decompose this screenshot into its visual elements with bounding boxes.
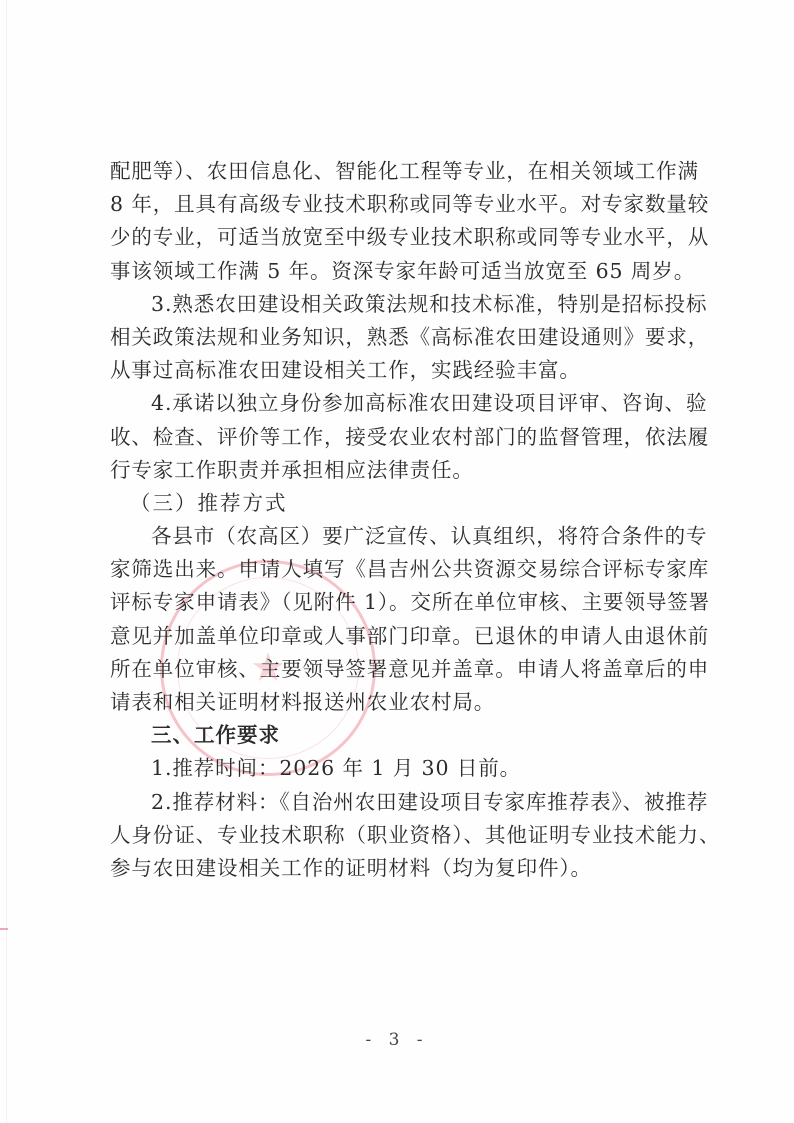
text-line: 2.推荐材料：《自治州农田建设项目专家库推荐表》、被推荐: [110, 786, 692, 819]
document-body: 配肥等）、农田信息化、智能化工程等专业，在相关领域工作满 8 年，且具有高级专业…: [110, 155, 692, 885]
text-line: 从事过高标准农田建设相关工作，实践经验丰富。: [110, 354, 692, 387]
text-line: 收、检查、评价等工作，接受农业农村部门的监督管理，依法履: [110, 421, 692, 454]
text-line: 各县市（农高区）要广泛宣传、认真组织，将符合条件的专: [110, 520, 692, 553]
text-line: 人身份证、专业技术职称（职业资格）、其他证明专业技术能力、: [110, 819, 692, 852]
text-line: 1.推荐时间：2026 年 1 月 30 日前。: [110, 752, 692, 785]
text-line: 请表和相关证明材料报送州农业农村局。: [110, 686, 692, 719]
text-line: 4.承诺以独立身份参加高标准农田建设项目评审、咨询、验: [110, 387, 692, 420]
subheading-text: （三）推荐方式: [110, 487, 692, 520]
binding-mark: [0, 928, 8, 930]
text-line: 意见并加盖单位印章或人事部门印章。已退休的申请人由退休前: [110, 620, 692, 653]
section-heading-work-requirements: 三、工作要求: [110, 719, 692, 752]
scan-edge-line: [6, 0, 7, 1123]
text-line: 少的专业，可适当放宽至中级专业技术职称或同等专业水平，从: [110, 221, 692, 254]
text-line: 参与农田建设相关工作的证明材料（均为复印件）。: [110, 852, 692, 885]
text-line: 所在单位审核、主要领导签署意见并盖章。申请人将盖章后的申: [110, 653, 692, 686]
paragraph-continuation: 配肥等）、农田信息化、智能化工程等专业，在相关领域工作满 8 年，且具有高级专业…: [110, 155, 692, 288]
subheading-recommendation-method: （三）推荐方式: [110, 487, 692, 520]
paragraph-recommendation-time: 1.推荐时间：2026 年 1 月 30 日前。: [110, 752, 692, 785]
text-line: 8 年，且具有高级专业技术职称或同等专业水平。对专家数量较: [110, 188, 692, 221]
text-line: 事该领域工作满 5 年。资深专家年龄可适当放宽至 65 周岁。: [110, 255, 692, 288]
page-number: - 3 -: [0, 1030, 794, 1050]
text-line: 3.熟悉农田建设相关政策法规和技术标准，特别是招标投标: [110, 288, 692, 321]
text-line: 配肥等）、农田信息化、智能化工程等专业，在相关领域工作满: [110, 155, 692, 188]
text-line: 评标专家申请表》（见附件 1）。交所在单位审核、主要领导签署: [110, 586, 692, 619]
paragraph-requirement-3: 3.熟悉农田建设相关政策法规和技术标准，特别是招标投标 相关政策法规和业务知识，…: [110, 288, 692, 388]
paragraph-recommendation-method: 各县市（农高区）要广泛宣传、认真组织，将符合条件的专 家筛选出来。申请人填写《昌…: [110, 520, 692, 719]
paragraph-requirement-4: 4.承诺以独立身份参加高标准农田建设项目评审、咨询、验 收、检查、评价等工作，接…: [110, 387, 692, 487]
text-line: 行专家工作职责并承担相应法律责任。: [110, 454, 692, 487]
text-line: 家筛选出来。申请人填写《昌吉州公共资源交易综合评标专家库: [110, 553, 692, 586]
paragraph-recommendation-materials: 2.推荐材料：《自治州农田建设项目专家库推荐表》、被推荐 人身份证、专业技术职称…: [110, 786, 692, 886]
text-line: 相关政策法规和业务知识，熟悉《高标准农田建设通则》要求，: [110, 321, 692, 354]
document-page: ★ 配肥等）、农田信息化、智能化工程等专业，在相关领域工作满 8 年，且具有高级…: [0, 0, 794, 1123]
heading-text: 三、工作要求: [110, 719, 692, 752]
